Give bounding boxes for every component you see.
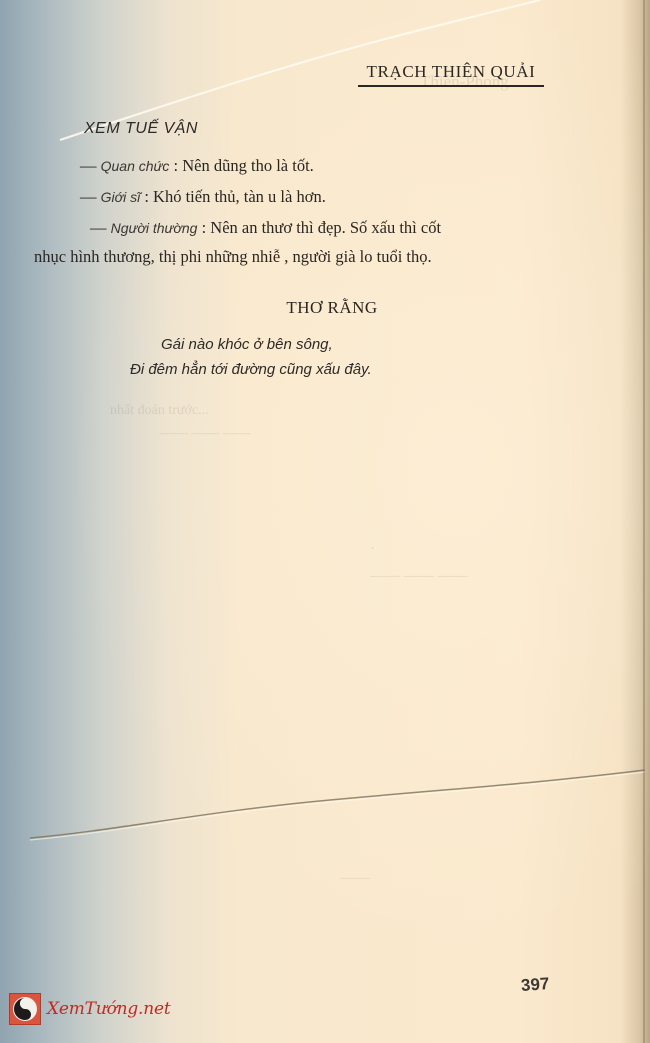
entry-text: : Khó tiến thủ, tàn u là hơn. [140, 187, 326, 206]
entry-line: — Quan chức : Nên dũng tho là tốt. [80, 156, 314, 176]
poem-line: Gái nào khóc ở bên sông, [161, 336, 333, 353]
entry-line: — Giới sĩ : Khó tiến thủ, tàn u là hơn. [80, 187, 326, 207]
entry-label: Quan chức [101, 158, 170, 174]
watermark-text: XemTướng.net [47, 999, 170, 1019]
section-title: XEM TUẾ VẬN [84, 120, 198, 138]
entry-label: Người thường [111, 220, 198, 236]
poem-line: Đi đêm hẳn tới đường cũng xấu đây. [130, 361, 372, 378]
dash: — [80, 156, 101, 175]
poem-title: THƠ RẰNG [0, 298, 650, 318]
entry-text: : Nên dũng tho là tốt. [169, 156, 313, 175]
dash: — [80, 187, 101, 206]
page-number: 397 [520, 974, 550, 996]
entry-continuation: nhục hình thương, thị phi những nhiễ , n… [34, 247, 432, 267]
dash: — [90, 218, 111, 237]
running-head: TRẠCH THIÊN QUẢI [358, 62, 544, 87]
entry-label: Giới sĩ [101, 189, 141, 205]
yin-yang-icon [9, 993, 41, 1025]
entry-text: : Nên an thươ thì đẹp. Số xấu thì cốt [197, 218, 441, 237]
watermark-logo[interactable]: XemTướng.net [9, 990, 170, 1028]
poem-title-text: THƠ RẰNG [286, 298, 377, 318]
entry-line: — Người thường : Nên an thươ thì đẹp. Số… [90, 218, 441, 238]
